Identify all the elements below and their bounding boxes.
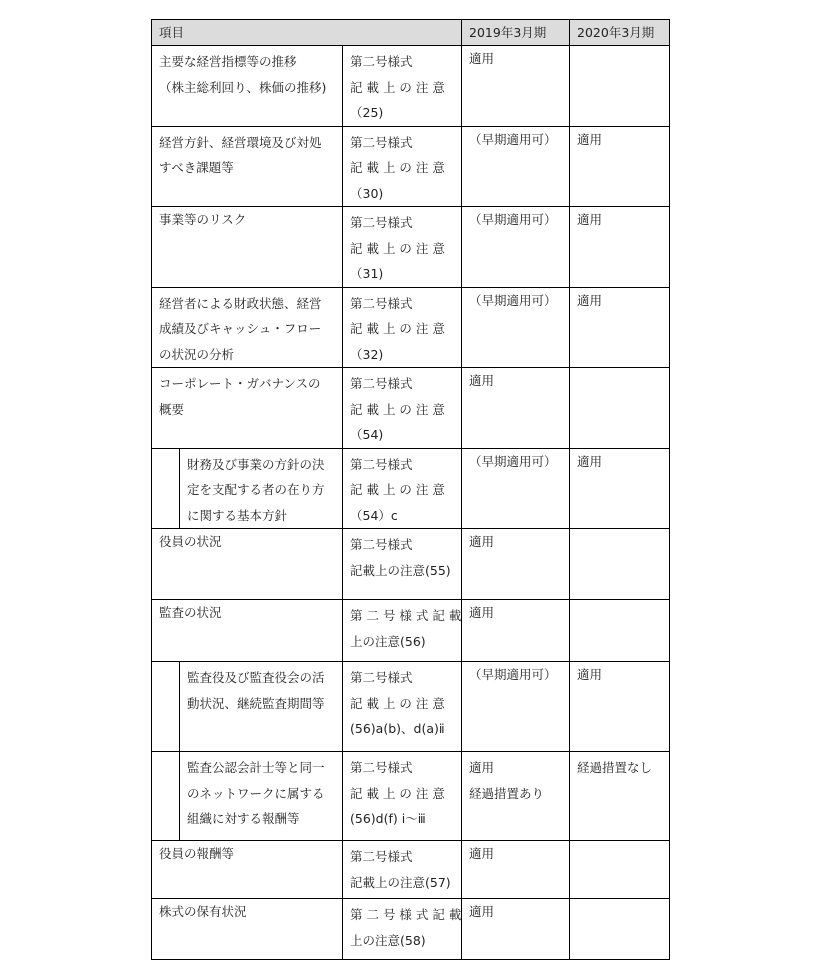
applicability-table: 項目 2019年3月期 2020年3月期 主要な経営指標等の推移 （株主総利回り…	[151, 19, 670, 960]
table-row: 株式の保有状況 第 二 号 様 式 記 載 上の注意(58) 適用	[152, 899, 670, 960]
item-cell: 経営者による財政状態、経営 成績及びキャッシュ・フロー の状況の分析	[152, 287, 343, 368]
item-cell: コーポレート・ガバナンスの 概要	[152, 368, 343, 449]
table-row: 事業等のリスク 第二号様式 記 載 上 の 注 意 （31) （早期適用可） 適…	[152, 207, 670, 288]
ref-cell: 第二号様式 記載上の注意(57)	[343, 841, 462, 899]
ref-cell: 第 二 号 様 式 記 載 上の注意(56)	[343, 600, 462, 662]
table-row: 監査の状況 第 二 号 様 式 記 載 上の注意(56) 適用	[152, 600, 670, 662]
y2020-cell: 経過措置なし	[570, 752, 670, 841]
ref-cell: 第二号様式 記 載 上 の 注 意 （31)	[343, 207, 462, 288]
ref-cell: 第二号様式 記 載 上 の 注 意 （32)	[343, 287, 462, 368]
y2019-cell: 適用	[462, 600, 570, 662]
ref-cell: 第二号様式 記 載 上 の 注 意 （54）c	[343, 448, 462, 529]
table-row: 役員の状況 第二号様式 記載上の注意(55) 適用	[152, 529, 670, 600]
item-cell: 監査の状況	[152, 600, 343, 662]
item-cell: 役員の報酬等	[152, 841, 343, 899]
y2019-cell: （早期適用可）	[462, 126, 570, 207]
y2020-cell: 適用	[570, 126, 670, 207]
table-row: 主要な経営指標等の推移 （株主総利回り、株価の推移) 第二号様式 記 載 上 の…	[152, 46, 670, 127]
ref-cell: 第二号様式 記 載 上 の 注 意 (56)d(f) ⅰ～ⅲ	[343, 752, 462, 841]
y2019-cell: 適用	[462, 46, 570, 127]
y2019-cell: （早期適用可）	[462, 448, 570, 529]
ref-cell: 第二号様式 記 載 上 の 注 意 (56)a(b)、d(a)ⅱ	[343, 662, 462, 752]
y2020-cell	[570, 841, 670, 899]
indent-spacer	[152, 448, 180, 529]
ref-cell: 第二号様式 記 載 上 の 注 意 （30)	[343, 126, 462, 207]
table-row: 監査公認会計士等と同一 のネットワークに属する 組織に対する報酬等 第二号様式 …	[152, 752, 670, 841]
y2020-cell	[570, 600, 670, 662]
item-cell: 監査役及び監査役会の活 動状況、継続監査期間等	[180, 662, 343, 752]
y2020-cell	[570, 899, 670, 960]
item-cell: 財務及び事業の方針の決 定を支配する者の在り方 に関する基本方針	[180, 448, 343, 529]
y2020-cell: 適用	[570, 287, 670, 368]
y2020-cell: 適用	[570, 662, 670, 752]
item-cell: 主要な経営指標等の推移 （株主総利回り、株価の推移)	[152, 46, 343, 127]
header-2020: 2020年3月期	[570, 20, 670, 46]
y2020-cell	[570, 46, 670, 127]
table-row: 監査役及び監査役会の活 動状況、継続監査期間等 第二号様式 記 載 上 の 注 …	[152, 662, 670, 752]
y2019-cell: 適用	[462, 529, 570, 600]
table-header-row: 項目 2019年3月期 2020年3月期	[152, 20, 670, 46]
table-row: 経営方針、経営環境及び対処 すべき課題等 第二号様式 記 載 上 の 注 意 （…	[152, 126, 670, 207]
item-cell: 株式の保有状況	[152, 899, 343, 960]
item-cell: 役員の状況	[152, 529, 343, 600]
table-row: 経営者による財政状態、経営 成績及びキャッシュ・フロー の状況の分析 第二号様式…	[152, 287, 670, 368]
y2019-cell: 適用	[462, 841, 570, 899]
y2020-cell	[570, 368, 670, 449]
table-row: 役員の報酬等 第二号様式 記載上の注意(57) 適用	[152, 841, 670, 899]
item-cell: 事業等のリスク	[152, 207, 343, 288]
ref-cell: 第 二 号 様 式 記 載 上の注意(58)	[343, 899, 462, 960]
y2019-cell: 適用 経過措置あり	[462, 752, 570, 841]
y2020-cell	[570, 529, 670, 600]
header-2019: 2019年3月期	[462, 20, 570, 46]
item-cell: 経営方針、経営環境及び対処 すべき課題等	[152, 126, 343, 207]
ref-cell: 第二号様式 記 載 上 の 注 意 （54)	[343, 368, 462, 449]
y2019-cell: （早期適用可）	[462, 207, 570, 288]
header-item: 項目	[152, 20, 462, 46]
item-cell: 監査公認会計士等と同一 のネットワークに属する 組織に対する報酬等	[180, 752, 343, 841]
ref-cell: 第二号様式 記 載 上 の 注 意 （25)	[343, 46, 462, 127]
y2019-cell: （早期適用可）	[462, 287, 570, 368]
indent-spacer	[152, 752, 180, 841]
table-row: 財務及び事業の方針の決 定を支配する者の在り方 に関する基本方針 第二号様式 記…	[152, 448, 670, 529]
indent-spacer	[152, 662, 180, 752]
ref-cell: 第二号様式 記載上の注意(55)	[343, 529, 462, 600]
y2019-cell: 適用	[462, 368, 570, 449]
table-row: コーポレート・ガバナンスの 概要 第二号様式 記 載 上 の 注 意 （54) …	[152, 368, 670, 449]
y2020-cell: 適用	[570, 448, 670, 529]
y2019-cell: （早期適用可）	[462, 662, 570, 752]
y2020-cell: 適用	[570, 207, 670, 288]
y2019-cell: 適用	[462, 899, 570, 960]
